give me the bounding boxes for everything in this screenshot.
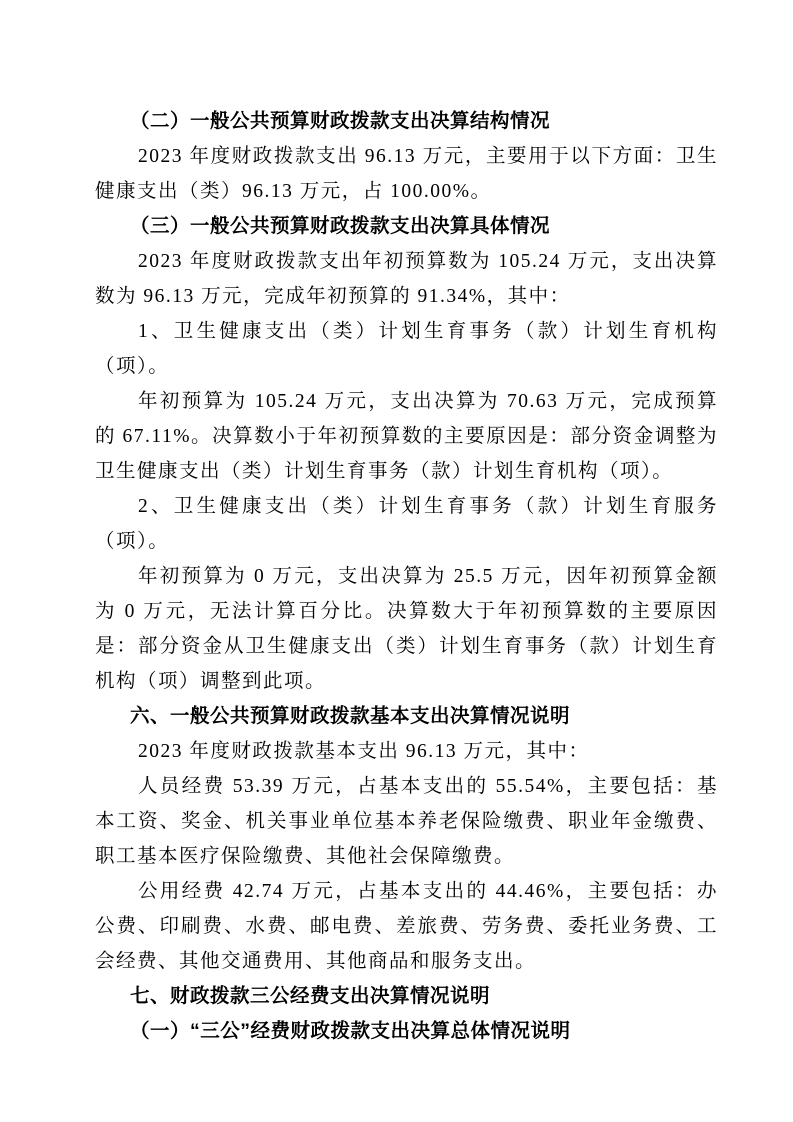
body-paragraph: 年初预算为 105.24 万元，支出决算为 70.63 万元，完成预算的 67.… bbox=[95, 384, 718, 489]
section-heading: 七、财政拨款三公经费支出决算情况说明 bbox=[95, 979, 718, 1014]
body-paragraph: 2023 年度财政拨款支出 96.13 万元，主要用于以下方面：卫生健康支出（类… bbox=[95, 139, 718, 209]
document-page: （二）一般公共预算财政拨款支出决算结构情况 2023 年度财政拨款支出 96.1… bbox=[0, 0, 793, 1122]
section-heading: （三）一般公共预算财政拨款支出决算具体情况 bbox=[95, 209, 718, 244]
body-paragraph: 公用经费 42.74 万元，占基本支出的 44.46%，主要包括：办公费、印刷费… bbox=[95, 874, 718, 979]
body-paragraph: 2、卫生健康支出（类）计划生育事务（款）计划生育服务（项）。 bbox=[95, 489, 718, 559]
body-paragraph: 年初预算为 0 万元，支出决算为 25.5 万元，因年初预算金额为 0 万元，无… bbox=[95, 559, 718, 699]
body-paragraph: 1、卫生健康支出（类）计划生育事务（款）计划生育机构（项）。 bbox=[95, 314, 718, 384]
section-heading: （一）“三公”经费财政拨款支出决算总体情况说明 bbox=[95, 1014, 718, 1049]
section-heading: 六、一般公共预算财政拨款基本支出决算情况说明 bbox=[95, 699, 718, 734]
section-heading: （二）一般公共预算财政拨款支出决算结构情况 bbox=[95, 104, 718, 139]
body-paragraph: 人员经费 53.39 万元，占基本支出的 55.54%，主要包括：基本工资、奖金… bbox=[95, 769, 718, 874]
body-paragraph: 2023 年度财政拨款支出年初预算数为 105.24 万元，支出决算数为 96.… bbox=[95, 244, 718, 314]
body-paragraph: 2023 年度财政拨款基本支出 96.13 万元，其中： bbox=[95, 734, 718, 769]
